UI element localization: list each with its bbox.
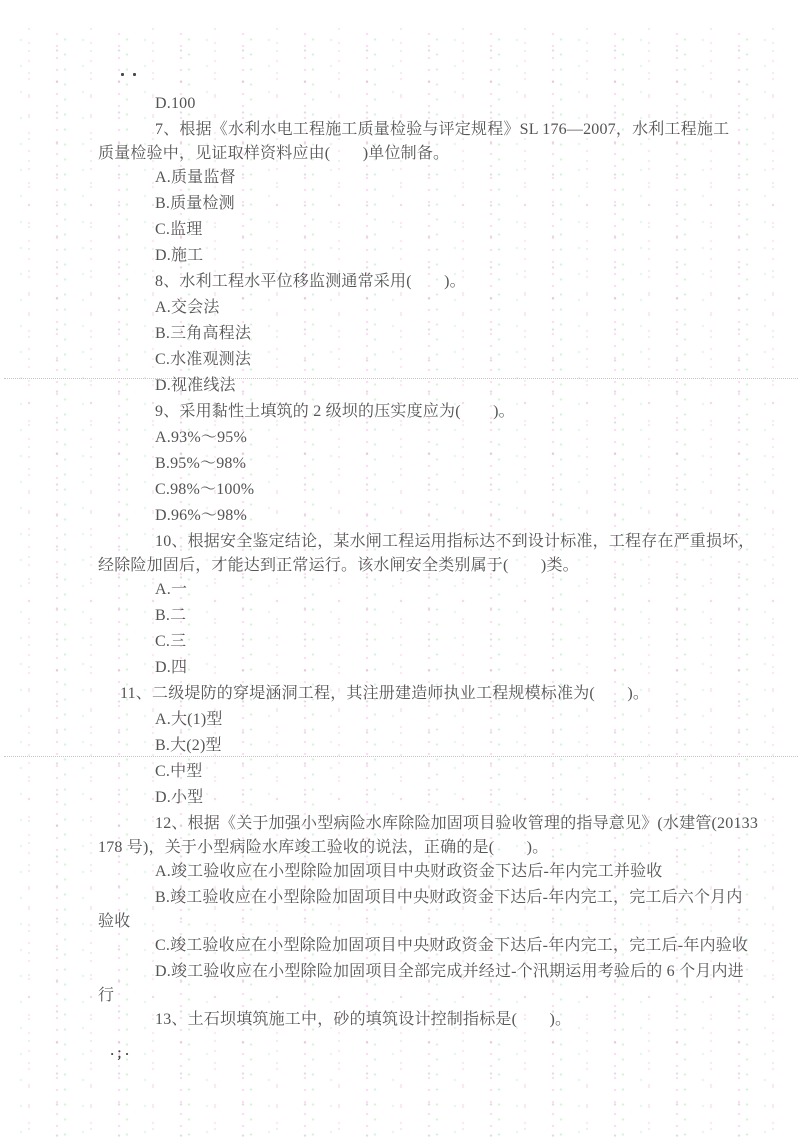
text-line: B.竣工验收应在小型除险加固项目中央财政资金下达后-年内完工，完工后六个月内 bbox=[98, 885, 778, 911]
text-line: D.竣工验收应在小型除险加固项目全部完成并经过-个汛期运用考验后的 6 个月内进 bbox=[98, 959, 778, 985]
text-line: D.施工 bbox=[98, 243, 778, 269]
scan-artifact-bottom-mark: ·；· bbox=[110, 1046, 131, 1062]
text-line: 经除险加固后，才能达到正常运行。该水闸安全类别属于( )类。 bbox=[98, 553, 778, 579]
text-line: D.小型 bbox=[98, 785, 778, 811]
text-line: A.竣工验收应在小型除险加固项目中央财政资金下达后-年内完工并验收 bbox=[98, 859, 778, 885]
text-line: C.竣工验收应在小型除险加固项目中央财政资金下达后-年内完工，完工后-年内验收 bbox=[98, 933, 778, 959]
text-line: 行 bbox=[98, 983, 778, 1009]
dot-icon bbox=[133, 73, 136, 76]
document-body: D.1007、根据《水利水电工程施工质量检验与评定规程》SL 176—2007，… bbox=[98, 91, 778, 1033]
text-line: 11、二级堤防的穿堤涵洞工程，其注册建造师执业工程规模标准为( )。 bbox=[98, 681, 778, 707]
text-line: A.一 bbox=[98, 577, 778, 603]
scanned-document-page: { "colors": { "text": "#545454", "rule":… bbox=[0, 0, 804, 1137]
text-line: 质量检验中，见证取样资料应由( )单位制备。 bbox=[98, 141, 778, 167]
text-line: C.98%～100% bbox=[98, 477, 778, 503]
text-line: D.100 bbox=[98, 91, 778, 117]
text-line: 8、水利工程水平位移监测通常采用( )。 bbox=[98, 269, 778, 295]
text-line: C.三 bbox=[98, 629, 778, 655]
text-line: C.中型 bbox=[98, 759, 778, 785]
text-line: 验收 bbox=[98, 909, 778, 935]
scan-artifact-top-dots bbox=[121, 72, 139, 76]
text-line: B.三角高程法 bbox=[98, 321, 778, 347]
text-line: 9、采用黏性土填筑的 2 级坝的压实度应为( )。 bbox=[98, 399, 778, 425]
text-line: A.质量监督 bbox=[98, 165, 778, 191]
text-line: B.95%～98% bbox=[98, 451, 778, 477]
text-line: 12、根据《关于加强小型病险水库除险加固项目验收管理的指导意见》(水建管(201… bbox=[98, 811, 778, 837]
text-line: B.二 bbox=[98, 603, 778, 629]
text-line: D.视准线法 bbox=[98, 373, 778, 399]
text-line: C.水准观测法 bbox=[98, 347, 778, 373]
text-line: B.质量检测 bbox=[98, 191, 778, 217]
text-line: 7、根据《水利水电工程施工质量检验与评定规程》SL 176—2007，水利工程施… bbox=[98, 117, 778, 143]
text-line: 10、根据安全鉴定结论，某水闸工程运用指标达不到设计标准，工程存在严重损坏， bbox=[98, 529, 778, 555]
text-line: A.交会法 bbox=[98, 295, 778, 321]
text-line: A.93%～95% bbox=[98, 425, 778, 451]
text-line: 178 号)，关于小型病险水库竣工验收的说法，正确的是( )。 bbox=[98, 835, 778, 861]
dot-icon bbox=[121, 73, 124, 76]
text-line: C.监理 bbox=[98, 217, 778, 243]
text-line: D.96%～98% bbox=[98, 503, 778, 529]
text-line: A.大(1)型 bbox=[98, 707, 778, 733]
text-line: D.四 bbox=[98, 655, 778, 681]
text-line: B.大(2)型 bbox=[98, 733, 778, 759]
text-line: 13、土石坝填筑施工中，砂的填筑设计控制指标是( )。 bbox=[98, 1007, 778, 1033]
